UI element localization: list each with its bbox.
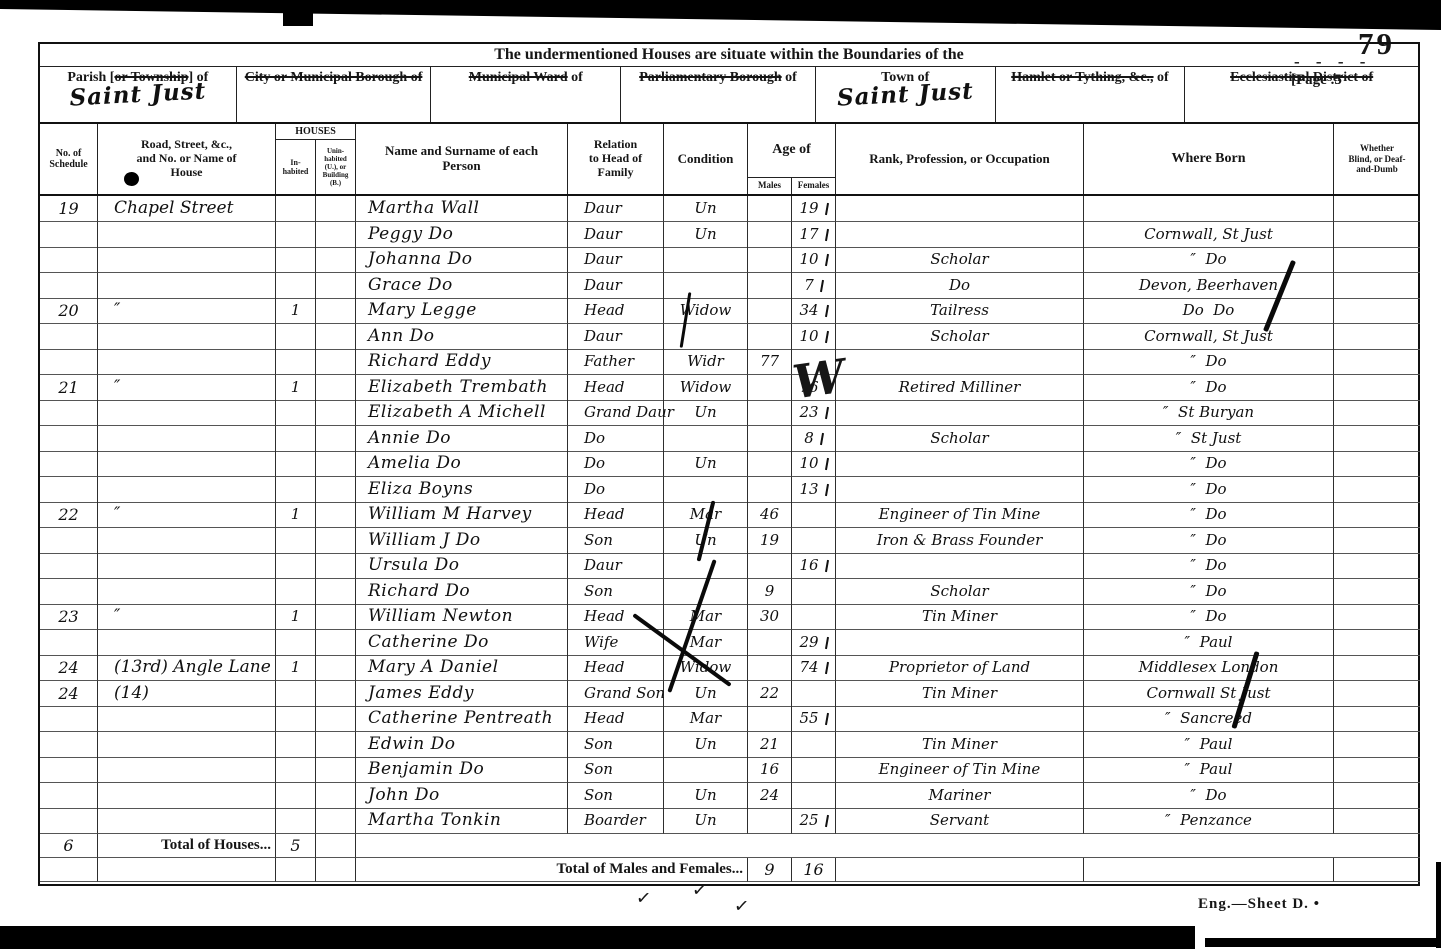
cell-inh [276,528,316,554]
cell-inh [276,783,316,809]
cell-age_f: 25 [792,808,836,834]
cell-condition: Un [664,196,748,222]
cell-condition: Un [664,732,748,758]
cell-blind [1334,808,1420,834]
table-row: 20″1Mary LeggeHeadWidow34TailressDo Do [40,298,1418,324]
cell-age_m: 30 [748,604,792,630]
ink-blot-icon [124,172,139,186]
cell-relation: Grand Daur [568,400,664,426]
cell-blind [1334,579,1420,605]
cell-condition [664,273,748,299]
cell-road [98,273,276,299]
total-houses-value: 5 [276,834,316,858]
cell-schedule [40,477,98,503]
cell-relation: Head [568,655,664,681]
cell-blind [1334,324,1420,350]
cell-occupation: Do [836,273,1084,299]
cell-age_m [748,400,792,426]
cell-schedule [40,349,98,375]
cell-age_m [748,273,792,299]
cell-relation: Do [568,451,664,477]
cell-uninh [316,477,356,503]
cell-age_m [748,655,792,681]
table-row: Peggy DoDaurUn17Cornwall, St Just [40,222,1418,248]
cell-blind [1334,349,1420,375]
cell-age_m [748,426,792,452]
cell-age_m [748,706,792,732]
cell-born: ″ Do [1084,451,1334,477]
cell-inh [276,247,316,273]
table-row: William J DoSonUn19Iron & Brass Founder″… [40,528,1418,554]
cell-age_f [792,528,836,554]
cell-blind [1334,298,1420,324]
cell-road [98,553,276,579]
col-header-age: Age of Males Females [748,124,836,194]
cell-road [98,528,276,554]
table-row: 24(13rd) Angle Lane1Mary A DanielHeadWid… [40,655,1418,681]
cell-relation: Daur [568,273,664,299]
col-header-name: Name and Surname of each Person [356,124,568,194]
cell-relation: Head [568,375,664,401]
cell-name: Grace Do [356,273,568,299]
check-mark: ✓ [733,895,750,917]
cell-relation: Father [568,349,664,375]
sheet-footer: Eng.—Sheet D. [1198,896,1320,913]
cell-age_m: 9 [748,579,792,605]
cell-condition: Widow [664,375,748,401]
cell-inh: 1 [276,375,316,401]
cell-age_m [748,375,792,401]
cell-road [98,579,276,605]
cell-occupation [836,196,1084,222]
cell-inh [276,706,316,732]
table-row: Grace DoDaur7DoDevon, Beerhaven [40,273,1418,299]
cell-occupation: Tailress [836,298,1084,324]
cell-road: ″ [98,604,276,630]
col-header-inhabited: In- habited [276,140,316,194]
cell-blind [1334,426,1420,452]
cell-age_f: 55 [792,706,836,732]
cell-schedule [40,451,98,477]
cell-uninh [316,298,356,324]
cell-age_f [792,604,836,630]
cell-blind [1334,528,1420,554]
cell-inh [276,681,316,707]
cell-born: Middlesex London [1084,655,1334,681]
cell-occupation: Iron & Brass Founder [836,528,1084,554]
table-row: Annie DoDo8Scholar″ St Just [40,426,1418,452]
col-header-born: Where Born [1084,124,1334,194]
col-header-males: Males [748,178,792,194]
cell-occupation [836,451,1084,477]
cell-inh [276,324,316,350]
col-header-houses: HOUSES In- habited Unin- habited (U.), o… [276,124,356,194]
cell-age_f: 10 [792,451,836,477]
scan-top-black-bar [0,0,1441,34]
cell-road [98,400,276,426]
cell-uninh [316,655,356,681]
cell-condition: Un [664,681,748,707]
cell-relation: Grand Son [568,681,664,707]
cell-schedule [40,732,98,758]
cell-schedule: 20 [40,298,98,324]
table-row: Catherine DoWifeMar29″ Paul [40,630,1418,656]
cell-occupation [836,630,1084,656]
table-row: Elizabeth A MichellGrand DaurUn23″ St Bu… [40,400,1418,426]
cell-uninh [316,604,356,630]
cell-age_m: 46 [748,502,792,528]
cell-relation: Boarder [568,808,664,834]
cell-uninh [316,681,356,707]
cell-name: William Newton [356,604,568,630]
field-hamlet: Hamlet or Tything, &c., of [996,67,1186,122]
cell-inh [276,757,316,783]
cell-inh [276,732,316,758]
cell-schedule: 19 [40,196,98,222]
table-row: Johanna DoDaur10Scholar″ Do [40,247,1418,273]
cell-name: Annie Do [356,426,568,452]
cell-occupation: Scholar [836,426,1084,452]
census-scan-page: { "page": { "number": "79", "dashes": "-… [0,0,1441,949]
cell-age_m: 19 [748,528,792,554]
cell-condition: Un [664,451,748,477]
cell-schedule: 24 [40,655,98,681]
cell-relation: Daur [568,324,664,350]
totals-persons-row: Total of Males and Females... 9 16 [40,858,1418,882]
cell-road: ″ [98,375,276,401]
cell-blind [1334,604,1420,630]
table-row: Richard EddyFatherWidr77″ Do [40,349,1418,375]
cell-born: ″ Do [1084,247,1334,273]
field-municipal-ward: Municipal Ward of [431,67,621,122]
cell-blind [1334,502,1420,528]
cell-blind [1334,196,1420,222]
cell-condition: Mar [664,604,748,630]
cell-occupation: Proprietor of Land [836,655,1084,681]
cell-schedule: 24 [40,681,98,707]
cell-relation: Daur [568,247,664,273]
cell-inh [276,451,316,477]
cell-road [98,222,276,248]
cell-name: William M Harvey [356,502,568,528]
cell-inh [276,630,316,656]
cell-road [98,757,276,783]
cell-uninh [316,553,356,579]
cell-uninh [316,579,356,605]
cell-condition [664,757,748,783]
cell-road [98,451,276,477]
cell-condition: Un [664,783,748,809]
cell-name: Martha Wall [356,196,568,222]
cell-schedule: 22 [40,502,98,528]
total-schedule-count: 6 [40,834,98,858]
cell-schedule [40,222,98,248]
cell-uninh [316,732,356,758]
cell-age_f: 10 [792,324,836,350]
cell-blind [1334,247,1420,273]
cell-condition: Widr [664,349,748,375]
cell-name: Benjamin Do [356,757,568,783]
cell-relation: Son [568,757,664,783]
cell-relation: Do [568,477,664,503]
cell-relation: Wife [568,630,664,656]
cell-age_f: 8 [792,426,836,452]
cell-road: ″ [98,298,276,324]
cell-schedule [40,757,98,783]
cell-inh: 1 [276,655,316,681]
cell-age_m [748,451,792,477]
cell-schedule: 23 [40,604,98,630]
cell-schedule [40,247,98,273]
cell-condition: Mar [664,630,748,656]
cell-age_m: 21 [748,732,792,758]
cell-inh [276,808,316,834]
cell-name: Elizabeth Trembath [356,375,568,401]
field-parliamentary-borough: Parliamentary Borough of [621,67,816,122]
total-houses-label: Total of Houses... [98,834,276,858]
cell-blind [1334,757,1420,783]
cell-occupation: Scholar [836,247,1084,273]
cell-uninh [316,375,356,401]
cell-born: ″ Do [1084,349,1334,375]
cell-condition [664,324,748,350]
cell-name: Catherine Do [356,630,568,656]
cell-age_f [792,502,836,528]
cell-uninh [316,757,356,783]
cell-schedule [40,426,98,452]
cell-road [98,426,276,452]
field-city-borough: City or Municipal Borough of [237,67,432,122]
cell-relation: Son [568,783,664,809]
cell-relation: Son [568,732,664,758]
records-body: 19Chapel StreetMartha WallDaurUn19Peggy … [40,196,1418,834]
table-row: 22″1William M HarveyHeadMar46Engineer of… [40,502,1418,528]
table-row: 23″1William NewtonHeadMar30Tin Miner″ Do [40,604,1418,630]
cell-schedule: 21 [40,375,98,401]
cell-born: Cornwall, St Just [1084,222,1334,248]
cell-uninh [316,808,356,834]
cell-schedule [40,324,98,350]
cell-age_f: 19 [792,196,836,222]
cell-born: ″ Do [1084,528,1334,554]
col-header-rank: Rank, Profession, or Occupation [836,124,1084,194]
cell-age_m [748,298,792,324]
cell-inh [276,196,316,222]
cell-occupation: Engineer of Tin Mine [836,757,1084,783]
cell-inh [276,553,316,579]
cell-road [98,783,276,809]
cell-blind [1334,273,1420,299]
total-mf-label: Total of Males and Females... [356,858,748,882]
scan-bottom-black-bar [0,926,1195,949]
cell-age_m: 77 [748,349,792,375]
cell-uninh [316,706,356,732]
cell-uninh [316,247,356,273]
cell-name: Peggy Do [356,222,568,248]
col-header-schedule: No. of Schedule [40,124,98,194]
cell-inh: 1 [276,604,316,630]
cell-age_m [748,553,792,579]
cell-inh [276,426,316,452]
cell-born: ″ Penzance [1084,808,1334,834]
cell-uninh [316,451,356,477]
cell-occupation: Scholar [836,324,1084,350]
cell-uninh [316,502,356,528]
cell-schedule [40,400,98,426]
cell-name: Elizabeth A Michell [356,400,568,426]
cell-inh [276,349,316,375]
cell-uninh [316,196,356,222]
cell-age_f [792,757,836,783]
cell-blind [1334,732,1420,758]
cell-age_m: 16 [748,757,792,783]
column-header-row: No. of Schedule Road, Street, &c., and N… [40,124,1418,196]
field-ecclesiastical: Ecclesiastical District of [1185,67,1418,122]
table-row: John DoSonUn24Mariner″ Do [40,783,1418,809]
cell-condition: Widow [664,298,748,324]
cell-born: ″ St Buryan [1084,400,1334,426]
table-row: Martha TonkinBoarderUn25Servant″ Penzanc… [40,808,1418,834]
cell-age_m [748,324,792,350]
cell-age_m: 24 [748,783,792,809]
cell-age_f: 16 [792,553,836,579]
field-parish: Parish [or Township] of Saint Just [40,67,237,122]
cell-blind [1334,706,1420,732]
cell-age_m [748,222,792,248]
cell-age_m [748,196,792,222]
cell-name: James Eddy [356,681,568,707]
situate-line: The undermentioned Houses are situate wi… [40,44,1418,66]
cell-condition [664,477,748,503]
cell-name: Richard Do [356,579,568,605]
cell-name: William J Do [356,528,568,554]
col-header-condition: Condition [664,124,748,194]
cell-name: Johanna Do [356,247,568,273]
cell-road: (13rd) Angle Lane [98,655,276,681]
cell-name: Eliza Boyns [356,477,568,503]
cell-occupation [836,349,1084,375]
col-header-uninhabited: Unin- habited (U.), or Building (B.) [316,140,355,194]
cell-born: ″ Paul [1084,757,1334,783]
cell-schedule [40,706,98,732]
cell-schedule [40,808,98,834]
cell-road [98,324,276,350]
cell-blind [1334,451,1420,477]
field-town: Town of Saint Just [816,67,996,122]
cell-uninh [316,324,356,350]
cell-name: Catherine Pentreath [356,706,568,732]
cell-schedule [40,553,98,579]
cell-relation: Son [568,528,664,554]
cell-inh [276,273,316,299]
cell-age_f: 7 [792,273,836,299]
cell-age_m [748,247,792,273]
cell-condition: Un [664,808,748,834]
cell-uninh [316,528,356,554]
cell-born: ″ Sancreed [1084,706,1334,732]
cell-uninh [316,630,356,656]
total-males: 9 [748,858,792,882]
cell-blind [1334,553,1420,579]
cell-road [98,732,276,758]
scan-bottom-black-line [1205,938,1441,947]
cell-inh [276,477,316,503]
cell-occupation: Tin Miner [836,604,1084,630]
cell-age_m [748,630,792,656]
cell-age_f [792,783,836,809]
cell-relation: Do [568,426,664,452]
cell-condition: Un [664,222,748,248]
col-header-relation: Relation to Head of Family [568,124,664,194]
cell-age_f [792,732,836,758]
cell-road [98,808,276,834]
cell-inh [276,579,316,605]
cell-born: Devon, Beerhaven [1084,273,1334,299]
cell-born: Cornwall, St Just [1084,324,1334,350]
cell-age_f: 74 [792,655,836,681]
col-header-blind: Whether Blind, or Deaf- and-Dumb [1334,124,1420,194]
cell-road [98,630,276,656]
pen-scribble-w: W [789,349,848,410]
cell-occupation: Mariner [836,783,1084,809]
cell-road [98,247,276,273]
check-mark: ✓ [635,887,652,909]
cell-born: ″ Do [1084,783,1334,809]
cell-occupation: Engineer of Tin Mine [836,502,1084,528]
cell-name: Richard Eddy [356,349,568,375]
cell-inh: 1 [276,298,316,324]
cell-occupation: Tin Miner [836,732,1084,758]
cell-condition [664,553,748,579]
cell-born: ″ Do [1084,604,1334,630]
cell-born: ″ Do [1084,502,1334,528]
table-row: Amelia DoDoUn10″ Do [40,451,1418,477]
cell-schedule [40,783,98,809]
cell-born: ″ Paul [1084,732,1334,758]
cell-blind [1334,222,1420,248]
cell-inh [276,400,316,426]
cell-occupation: Tin Miner [836,681,1084,707]
census-form: The undermentioned Houses are situate wi… [38,42,1420,886]
cell-schedule [40,630,98,656]
cell-blind [1334,630,1420,656]
col-header-females: Females [792,178,835,194]
locality-band: Parish [or Township] of Saint Just City … [40,66,1418,124]
cell-schedule [40,579,98,605]
cell-age_f: 13 [792,477,836,503]
cell-uninh [316,783,356,809]
cell-road [98,349,276,375]
cell-occupation [836,477,1084,503]
table-row: 19Chapel StreetMartha WallDaurUn19 [40,196,1418,222]
cell-born [1084,196,1334,222]
cell-occupation: Retired Milliner [836,375,1084,401]
cell-name: Mary Legge [356,298,568,324]
cell-age_m [748,477,792,503]
cell-condition [664,247,748,273]
cell-name: John Do [356,783,568,809]
cell-uninh [316,426,356,452]
cell-inh [276,222,316,248]
cell-condition [664,426,748,452]
town-value: Saint Just [816,82,995,106]
cell-occupation: Servant [836,808,1084,834]
cell-uninh [316,349,356,375]
cell-age_f: 10 [792,247,836,273]
cell-blind [1334,400,1420,426]
cell-blind [1334,681,1420,707]
check-mark: ✓ [691,879,708,901]
